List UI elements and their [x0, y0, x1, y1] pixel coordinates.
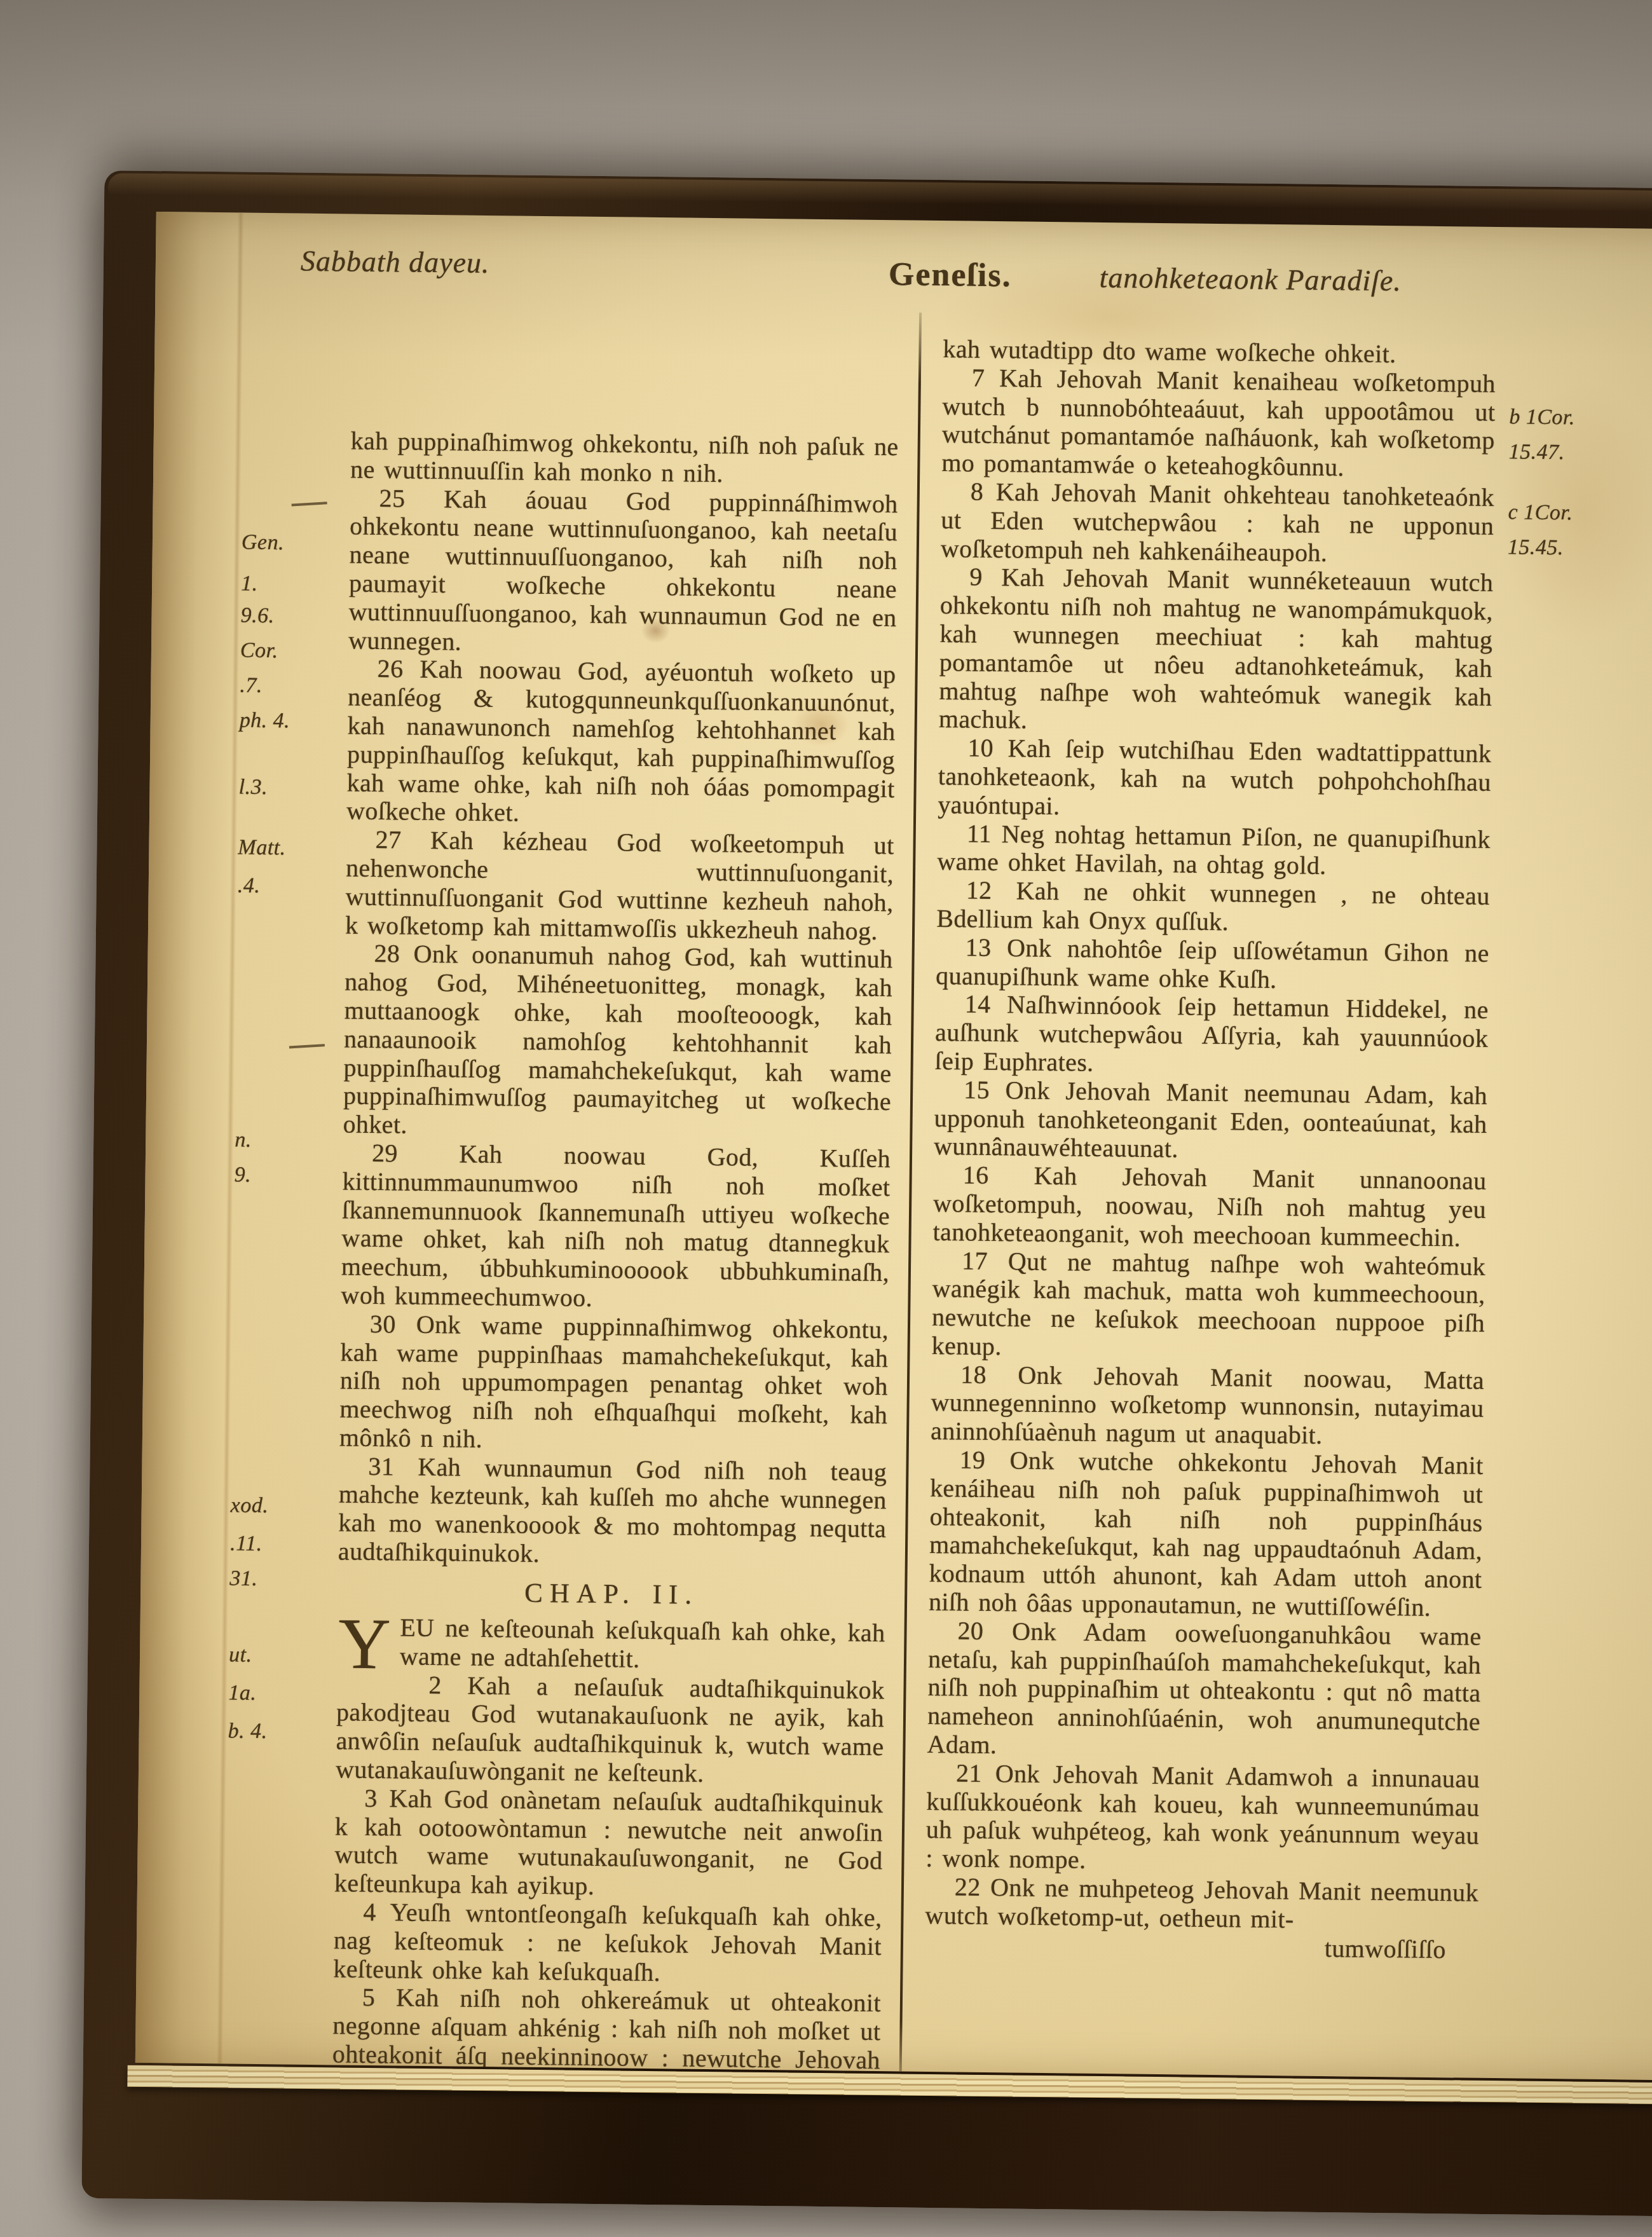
- margin-note: b 1Cor.: [1509, 405, 1642, 430]
- verse-text: EU ne keſteounah keſukquaſh kah ohke, ka…: [400, 1613, 885, 1673]
- verse-paragraph: 22 Onk ne muhpeteog Jehovah Manit neemun…: [925, 1873, 1478, 1936]
- column-divider-rule: [899, 313, 922, 2081]
- verse-paragraph: 13 Onk nahohtôe ſeip uſſowétamun Gihon n…: [936, 933, 1489, 996]
- verse-paragraph: 4 Yeuſh wntontſeongaſh keſukquaſh kah oh…: [333, 1898, 882, 1989]
- margin-note: xod.: [231, 1493, 327, 1519]
- margin-note: c 1Cor.: [1508, 500, 1641, 526]
- verse-paragraph: 17 Qut ne mahtug naſhpe woh wahteómuk wa…: [931, 1246, 1485, 1366]
- margin-note: 15.45.: [1508, 535, 1641, 561]
- catchword: tumwoſſiſſo: [925, 1930, 1478, 1965]
- verse-paragraph: 12 Kah ne ohkit wunnegen , ne ohteau Bde…: [936, 876, 1490, 939]
- verse-paragraph: 5 Kah niſh noh ohkereámuk ut ohteakonit …: [332, 1983, 881, 2081]
- verse-paragraph: 8 Kah Jehovah Manit ohkehteau tanohketea…: [941, 477, 1494, 569]
- margin-note: .4.: [238, 874, 334, 900]
- text-column-right: kah wutadtipp dto wame woſkeche ohkeit. …: [925, 335, 1496, 1964]
- verse-paragraph: 16 Kah Jehovah Manit unnanoonau woſketom…: [932, 1161, 1486, 1252]
- verse-paragraph: 19 Onk wutche ohkekontu Jehovah Manit ke…: [929, 1446, 1484, 1623]
- running-head-title: Geneſis.: [835, 255, 1065, 295]
- margin-dash: [292, 502, 327, 506]
- margin-note: 1a.: [228, 1681, 325, 1706]
- verse-paragraph: 30 Onk wame puppinnaſhimwog ohkekontu, k…: [339, 1310, 889, 1458]
- verse-paragraph: 14 Naſhwinnóook ſeip hettamun Hiddekel, …: [934, 990, 1488, 1081]
- open-page: Sabbath dayeu. Geneſis. tanohketeaonk Pa…: [135, 212, 1652, 2081]
- printed-area: Sabbath dayeu. Geneſis. tanohketeaonk Pa…: [224, 232, 1652, 2081]
- verse-paragraph: kah puppinaſhimwog ohkekontu, niſh noh p…: [350, 427, 899, 490]
- margin-note: Cor.: [240, 639, 337, 664]
- margin-note: n.: [235, 1128, 331, 1154]
- verse-paragraph: 2 Kah a neſauſuk audtaſhikquinukok pakod…: [336, 1670, 885, 1790]
- verse-paragraph: 10 Kah ſeip wutchiſhau Eden wadtattippat…: [938, 734, 1491, 825]
- margin-note: Gen.: [242, 531, 338, 556]
- margin-note: 15.47.: [1508, 440, 1642, 465]
- verse-paragraph: 31 Kah wunnaumun God niſh noh teaug mahc…: [338, 1452, 887, 1572]
- verse-paragraph: 18 Onk Jehovah Manit noowau, Matta wunne…: [931, 1360, 1484, 1452]
- margin-dash: [289, 1044, 325, 1048]
- verse-paragraph: 7 Kah Jehovah Manit kenaiheau woſketompu…: [941, 364, 1496, 484]
- chapter-heading: CHAP. II.: [338, 1576, 885, 1613]
- running-head: Sabbath dayeu. Geneſis. tanohketeaonk Pa…: [244, 232, 1652, 305]
- verse-paragraph: 15 Onk Jehovah Manit neemunau Adam, kah …: [934, 1076, 1487, 1167]
- margin-note: 1.: [241, 572, 338, 598]
- margin-note: .11.: [230, 1531, 327, 1557]
- verse-paragraph: 20 Onk Adam ooweſuonganuhkâou wame netaſ…: [927, 1617, 1481, 1765]
- verse-paragraph: 27 Kah kézheau God woſkeetompuh ut nehen…: [345, 826, 894, 946]
- book-cover: Sabbath dayeu. Geneſis. tanohketeaonk Pa…: [81, 170, 1652, 2217]
- verse-paragraph: 9 Kah Jehovah Manit wunnéketeauun wutch …: [939, 563, 1494, 740]
- verse-paragraph-with-dropcap: YEU ne keſteounah keſukquaſh kah ohke, k…: [337, 1613, 885, 1676]
- margin-note: .7.: [240, 674, 336, 699]
- margin-note: 31.: [229, 1566, 326, 1592]
- running-head-right: tanohketeaonk Paradiſe.: [1099, 261, 1402, 298]
- margin-note: ut.: [229, 1643, 325, 1668]
- margin-note: Matt.: [238, 836, 334, 861]
- verse-paragraph: 21 Onk Jehovah Manit Adamwoh a innunauau…: [925, 1759, 1480, 1879]
- verse-paragraph: 3 Kah God onànetam neſauſuk audtaſhikqui…: [334, 1784, 884, 1904]
- verse-paragraph: 11 Neg nohtag hettamun Piſon, ne quanupi…: [937, 819, 1491, 882]
- verse-paragraph: 25 Kah áouau God puppinnáſhimwoh ohkekon…: [348, 484, 898, 661]
- leather-highlight: [108, 173, 1652, 214]
- verse-paragraph: 26 Kah noowau God, ayéuontuh woſketo up …: [346, 655, 896, 832]
- margin-note: b. 4.: [228, 1719, 324, 1744]
- photograph-of-eliot-bible-page: { "header": { "left": "Sabbath dayeu.", …: [0, 0, 1652, 2237]
- verse-paragraph: 29 Kah noowau God, Kuſſeh kittinnummaunu…: [341, 1139, 891, 1316]
- verse-paragraph: 28 Onk oonanumuh nahog God, kah wuttinuh…: [343, 940, 893, 1145]
- text-column-left: kah puppinaſhimwog ohkekontu, niſh noh p…: [331, 427, 899, 2081]
- running-head-left: Sabbath dayeu.: [301, 244, 490, 280]
- margin-note: ph. 4.: [240, 709, 336, 734]
- margin-note: l.3.: [238, 776, 335, 801]
- margin-note: 9.: [234, 1163, 331, 1189]
- margin-note: 9.6.: [240, 604, 337, 629]
- drop-cap: Y: [337, 1613, 400, 1671]
